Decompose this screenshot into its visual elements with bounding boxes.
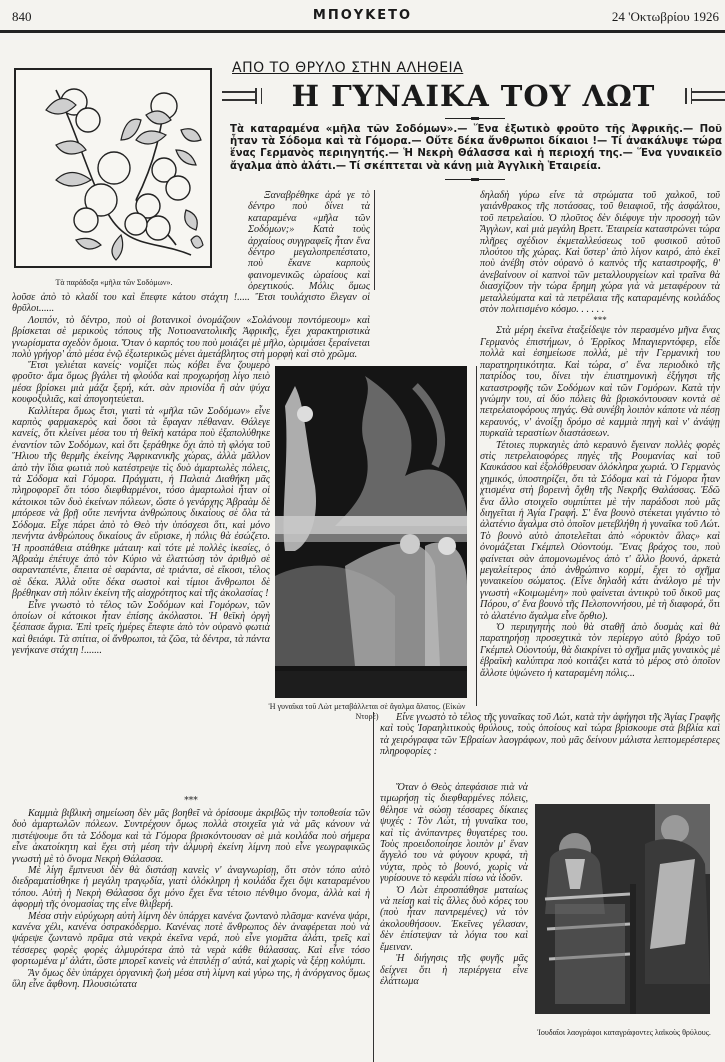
paragraph: Εἶνε γνωστὸ τὸ τέλος τῆς γυναῖκας τοῦ Λώ… [380, 712, 720, 758]
column-left-main: Ἔτσι γελιέται κανείς· νομίζει πὼς κόβει … [12, 360, 270, 768]
column-mid-intro: Εἶνε γνωστὸ τὸ τέλος τῆς γυναῖκας τοῦ Λώ… [380, 712, 720, 782]
column-intro: Ξαναβρέθηκε ἀρά γε τὸ δέντρο ποὺ δίνει τ… [248, 190, 370, 290]
paragraph: Καμμιὰ βιβλικὴ σημείωση δὲν μᾶς βοηθεῖ ν… [12, 808, 370, 865]
figure-sodom-apples [14, 68, 212, 268]
title-ornament-right [691, 91, 725, 101]
figure-scribes [535, 804, 710, 1014]
paragraph: λοῦσε ἀπὸ τὸ κλαδί του καὶ ἔπεφτε κάτου … [12, 292, 370, 315]
paragraph: Ἔτσι γελιέται κανείς· νομίζει πὼς κόβει … [12, 360, 270, 406]
column-right: δηλαδὴ γύρω εἶνε τὰ στρώματα τοῦ χαλκοῦ,… [480, 190, 720, 772]
section-separator: *** [480, 315, 720, 325]
paragraph: Ἡ διήγησις τῆς φυγῆς μᾶς δείχνει ὅτι ἡ π… [380, 953, 528, 987]
column-rule [373, 712, 374, 1062]
engraving-lots-wife-icon [275, 366, 467, 698]
header-rule [0, 30, 725, 33]
article-kicker: ΑΠΟ ΤΟ ΘΡΥΛΟ ΣΤΗΝ ΑΛΗΘΕΙΑ [232, 60, 463, 76]
column-left-continuation: λοῦσε ἀπὸ τὸ κλαδί του καὶ ἔπεφτε κάτου … [12, 292, 370, 362]
paragraph: Ἂν ὅμως δὲν ὑπάρχει ὀργανικὴ ζωὴ μέσα στ… [12, 968, 370, 991]
page-header: 840 ΜΠΟΥΚΕΤΟ 24 'Οκτωβρίου 1926 [0, 0, 725, 40]
paragraph: Ὁ περιηγητὴς ποὺ θὰ σταθῇ ἀπὸ δυσμὰς καὶ… [480, 622, 720, 679]
paragraph: Μέσα στὴν εὐρύχωρη αὐτὴ λίμνη δὲν ὑπάρχε… [12, 911, 370, 968]
figure-caption-sodom-apples: Τὰ παράδοξα «μῆλα τῶν Σοδόμων». [14, 278, 214, 287]
section-separator: *** [12, 796, 370, 806]
column-left-bottom: Καμμιὰ βιβλικὴ σημείωση δὲν μᾶς βοηθεῖ ν… [12, 808, 370, 1060]
paragraph: Εἶνε γνωστὸ τὸ τέλος τῶν Σοδόμων καὶ Γομ… [12, 600, 270, 657]
paragraph: Καλλίτερα ὅμως ἔτσι, γιατὶ τὰ «μῆλα τῶν … [12, 406, 270, 600]
photo-scribes-icon [535, 804, 710, 1014]
column-mid-narrow: Ὅταν ὁ Θεὸς ἀπεφάσισε πιὰ νὰ τιμωρήσῃ τὶ… [380, 782, 528, 1060]
paragraph: Λοιπόν, τὸ δέντρο, ποὺ οἱ βοτανικοὶ ὀνομ… [12, 315, 370, 361]
column-rule [476, 366, 477, 706]
paragraph: δηλαδὴ γύρω εἶνε τὰ στρώματα τοῦ χαλκοῦ,… [480, 190, 720, 315]
title-divider [445, 118, 505, 119]
caption-text: Ἡ γυναῖκα τοῦ Λὼτ μεταβάλλεται σὲ ἄγαλμα… [269, 702, 441, 711]
fruit-branch-icon [16, 70, 212, 268]
figure-lots-wife [275, 366, 467, 698]
figure-caption-scribes: Ἰουδαῖοι λαογράφοι καταγράφοντες λαϊκοὺς… [530, 1028, 718, 1038]
deck-divider [445, 179, 505, 180]
title-ornament-left [222, 91, 256, 101]
article-title-row: Η ΓΥΝΑΙΚΑ ΤΟΥ ΛΩΤ [222, 80, 725, 112]
paragraph: Στὰ μέρη ἐκεῖνα ἐταξείδεψε τὸν περασμένο… [480, 325, 720, 439]
column-rule [374, 190, 375, 290]
paragraph: Τέτοιες πυρκαγιὲς ἀπὸ κεραυνὸ ἔγειναν πο… [480, 440, 720, 623]
paragraph: Ξαναβρέθηκε ἀρά γε τὸ δέντρο ποὺ δίνει τ… [248, 190, 370, 290]
article-title: Η ΓΥΝΑΙΚΑ ΤΟΥ ΛΩΤ [256, 79, 691, 113]
paragraph: Ὁ Λὼτ ἐπροσπάθησε ματαίως νὰ πείσῃ καὶ τ… [380, 885, 528, 953]
article-deck: Τὰ καταραμένα «μῆλα τῶν Σοδόμων».— Ἕνα ἐ… [230, 124, 722, 173]
issue-date: 24 'Οκτωβρίου 1926 [612, 9, 719, 25]
paragraph: Μὲ λίγη ἔμπνευσι δὲν θὰ διστάσῃ κανεὶς ν… [12, 865, 370, 911]
paragraph: Ὅταν ὁ Θεὸς ἀπεφάσισε πιὰ νὰ τιμωρήσῃ τὶ… [380, 782, 528, 885]
